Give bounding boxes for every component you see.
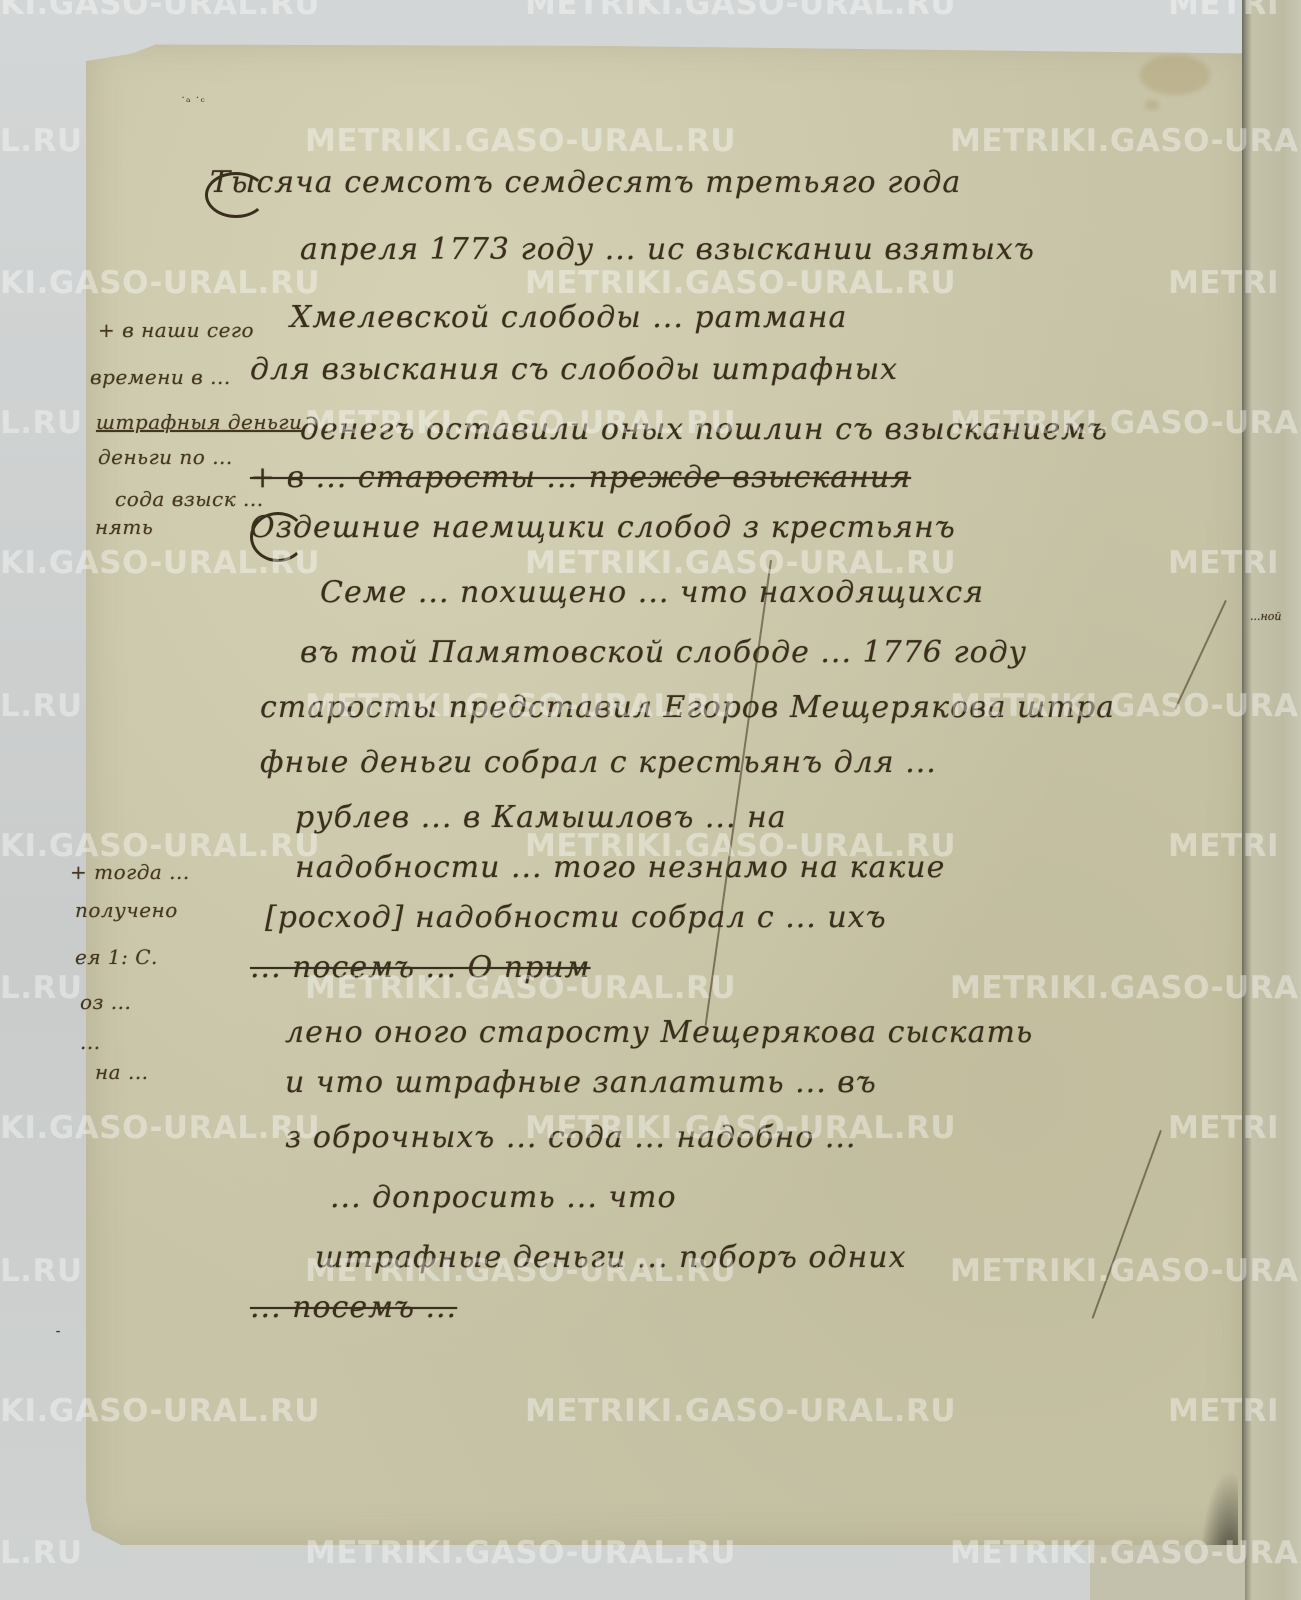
margin-note-line: ея 1: С. <box>75 945 158 969</box>
adjacent-page-text-fragment: ...ной <box>1250 610 1281 623</box>
manuscript-line-19: ... допросить ... что <box>330 1180 677 1215</box>
manuscript-line-7: Оздешние наемщики слобод з крестьянъ <box>250 510 956 545</box>
margin-note-line: штрафныя деньги <box>96 410 302 434</box>
manuscript-line-5: денегъ оставили оных пошлин съ взыскание… <box>300 412 1108 447</box>
margin-note-line: на ... <box>95 1060 149 1084</box>
manuscript-line-2: апреля 1773 году ... ис взыскании взятых… <box>300 232 1035 267</box>
manuscript-line-15: ... посемъ ... О прим <box>250 950 590 985</box>
manuscript-line-3: Хмелевской слободы ... ратмана <box>290 300 847 335</box>
margin-note-line: сода взыск ... <box>115 487 264 511</box>
margin-note-line: нять <box>95 515 153 539</box>
manuscript-line-20: штрафные деньги ... поборъ одних <box>315 1240 907 1275</box>
margin-note-line: + тогда ... <box>70 860 190 884</box>
adjacent-page-bottom <box>1090 1545 1245 1600</box>
margin-note-line: деньги по ... <box>98 445 233 469</box>
manuscript-line-10: старосты представил Егоров Мещерякова шт… <box>260 690 1115 725</box>
manuscript-line-1: Тысяча семсотъ семдесятъ третьяго года <box>210 165 961 200</box>
manuscript-line-18: з оброчныхъ ... сода ... надобно ... <box>285 1120 856 1155</box>
initial-flourish <box>205 172 267 218</box>
paper-stain <box>1145 100 1159 110</box>
manuscript-line-4: для взыскания съ слободы штрафных <box>250 352 898 387</box>
manuscript-line-8: Семе ... похищено ... что находящихся <box>320 575 984 610</box>
corner-ink-marks: ˙ᵃ ˙ᶜ <box>180 95 205 109</box>
margin-note-line: + в наши сего <box>98 318 254 342</box>
margin-note-line: времени в ... <box>90 365 231 389</box>
manuscript-line-21: ... посемъ ... <box>250 1290 457 1325</box>
paper-stain <box>1140 55 1210 95</box>
ink-dot: ⁃ <box>55 1325 61 1339</box>
manuscript-line-13: надобности ... того незнамо на какие <box>295 850 945 885</box>
manuscript-line-17: и что штрафные заплатить ... въ <box>285 1065 877 1100</box>
manuscript-line-16: лено оного старосту Мещерякова сыскать <box>285 1015 1033 1050</box>
margin-note-line: ... <box>80 1030 101 1054</box>
manuscript-line-12: рублев ... в Камышловъ ... на <box>295 800 787 835</box>
initial-flourish <box>250 512 306 562</box>
adjacent-page-edge <box>1242 0 1301 1600</box>
margin-note-line: оз ... <box>80 990 131 1014</box>
manuscript-line-6: + в ... старосты ... прежде взыскания <box>250 460 911 495</box>
margin-note-line: получено <box>75 898 178 922</box>
manuscript-line-14: [росход] надобности собрал с ... ихъ <box>265 900 887 935</box>
manuscript-line-11: фные деньги собрал с крестьянъ для ... <box>260 745 937 780</box>
manuscript-line-9: въ той Памятовской слободе ... 1776 году <box>300 635 1027 670</box>
